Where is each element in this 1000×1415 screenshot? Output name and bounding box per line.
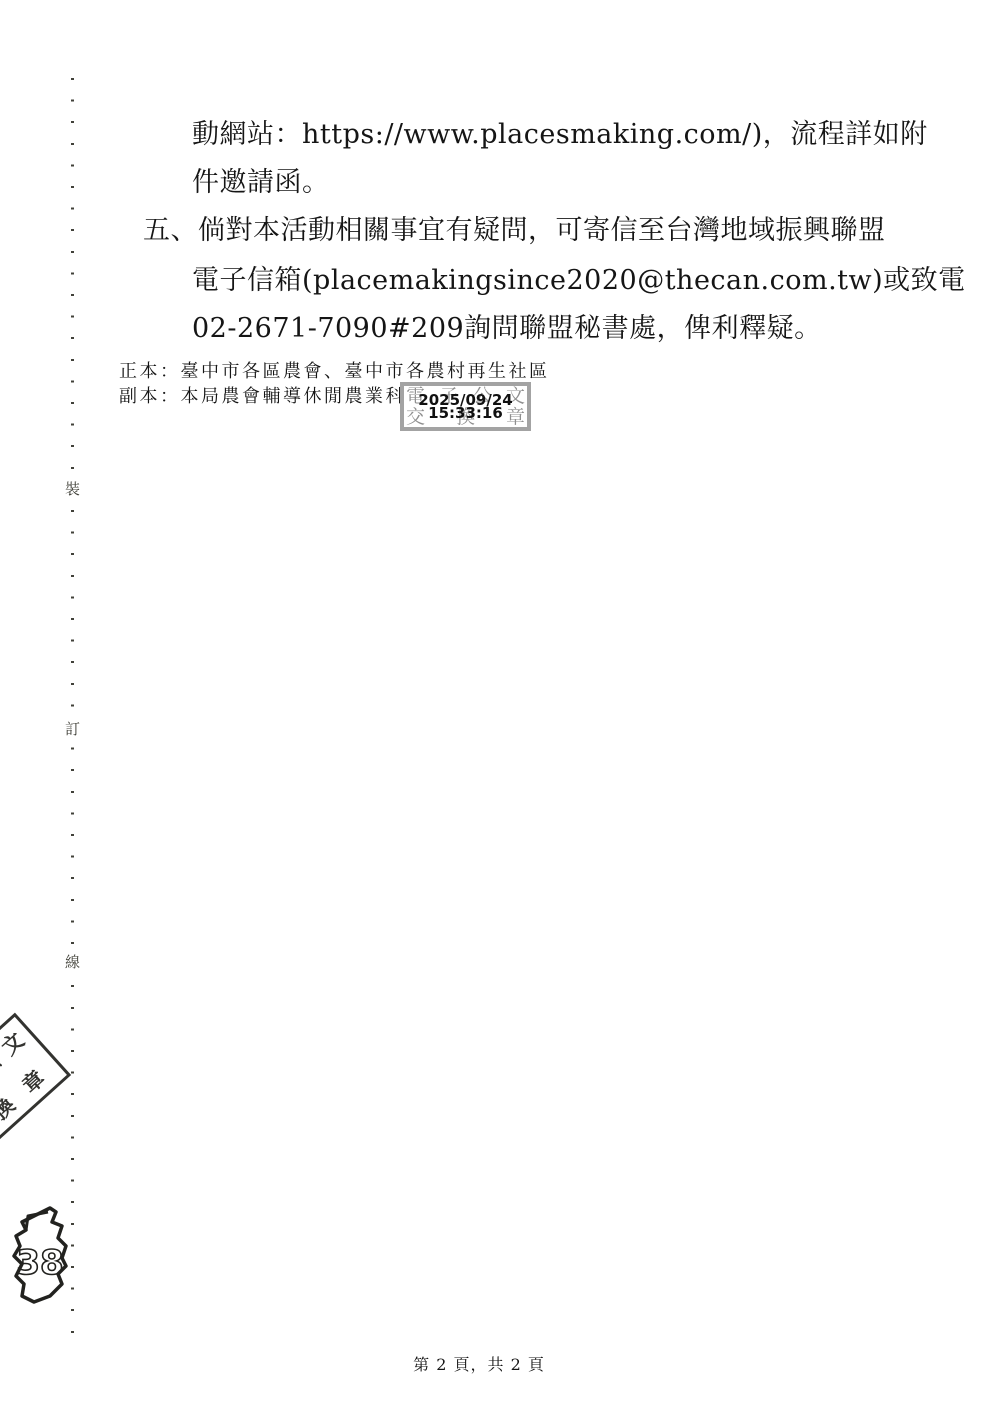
page-number-footer: 第 2 頁，共 2 頁 — [0, 1352, 958, 1375]
number-stamp-flap — [26, 1212, 48, 1230]
body-line-2: 件邀請函。 — [192, 160, 330, 199]
corner-exchange-stamp: 電子公文 交換章 — [0, 1013, 71, 1164]
body-line-5: 02-2671-7090#209詢問聯盟秘書處，俾利釋疑。 — [192, 306, 822, 345]
number-stamp-value: 38 — [16, 1243, 63, 1283]
binding-mark-xian: 線 — [63, 954, 82, 971]
document-page: 裝 訂 線 動網站：https://www.placesmaking.com/)… — [0, 0, 1000, 1415]
binding-dotted-line — [71, 78, 74, 1346]
exchange-stamp-time: 15:33:16 — [418, 407, 512, 420]
body-line-4: 電子信箱(placemakingsince2020@thecan.com.tw)… — [192, 258, 966, 297]
exchange-stamp-datetime: 2025/09/24 15:33:16 — [418, 394, 512, 420]
recipient-copy: 副本：本局農會輔導休閒農業科 — [119, 382, 406, 408]
binding-mark-ding: 訂 — [63, 721, 82, 738]
binding-mark-zhuang: 裝 — [63, 481, 82, 498]
body-line-3-item-five: 五、倘對本活動相關事宜有疑問，可寄信至台灣地域振興聯盟 — [143, 208, 886, 247]
number-stamp: 38 — [4, 1202, 76, 1312]
body-line-1: 動網站：https://www.placesmaking.com/)，流程詳如附 — [192, 112, 928, 151]
corner-stamp-row2: 交換章 — [0, 1054, 60, 1153]
recipient-primary: 正本：臺中市各區農會、臺中市各農村再生社區 — [119, 357, 550, 383]
exchange-stamp: 電 子 公 文 交 換 章 2025/09/24 15:33:16 — [400, 382, 531, 431]
